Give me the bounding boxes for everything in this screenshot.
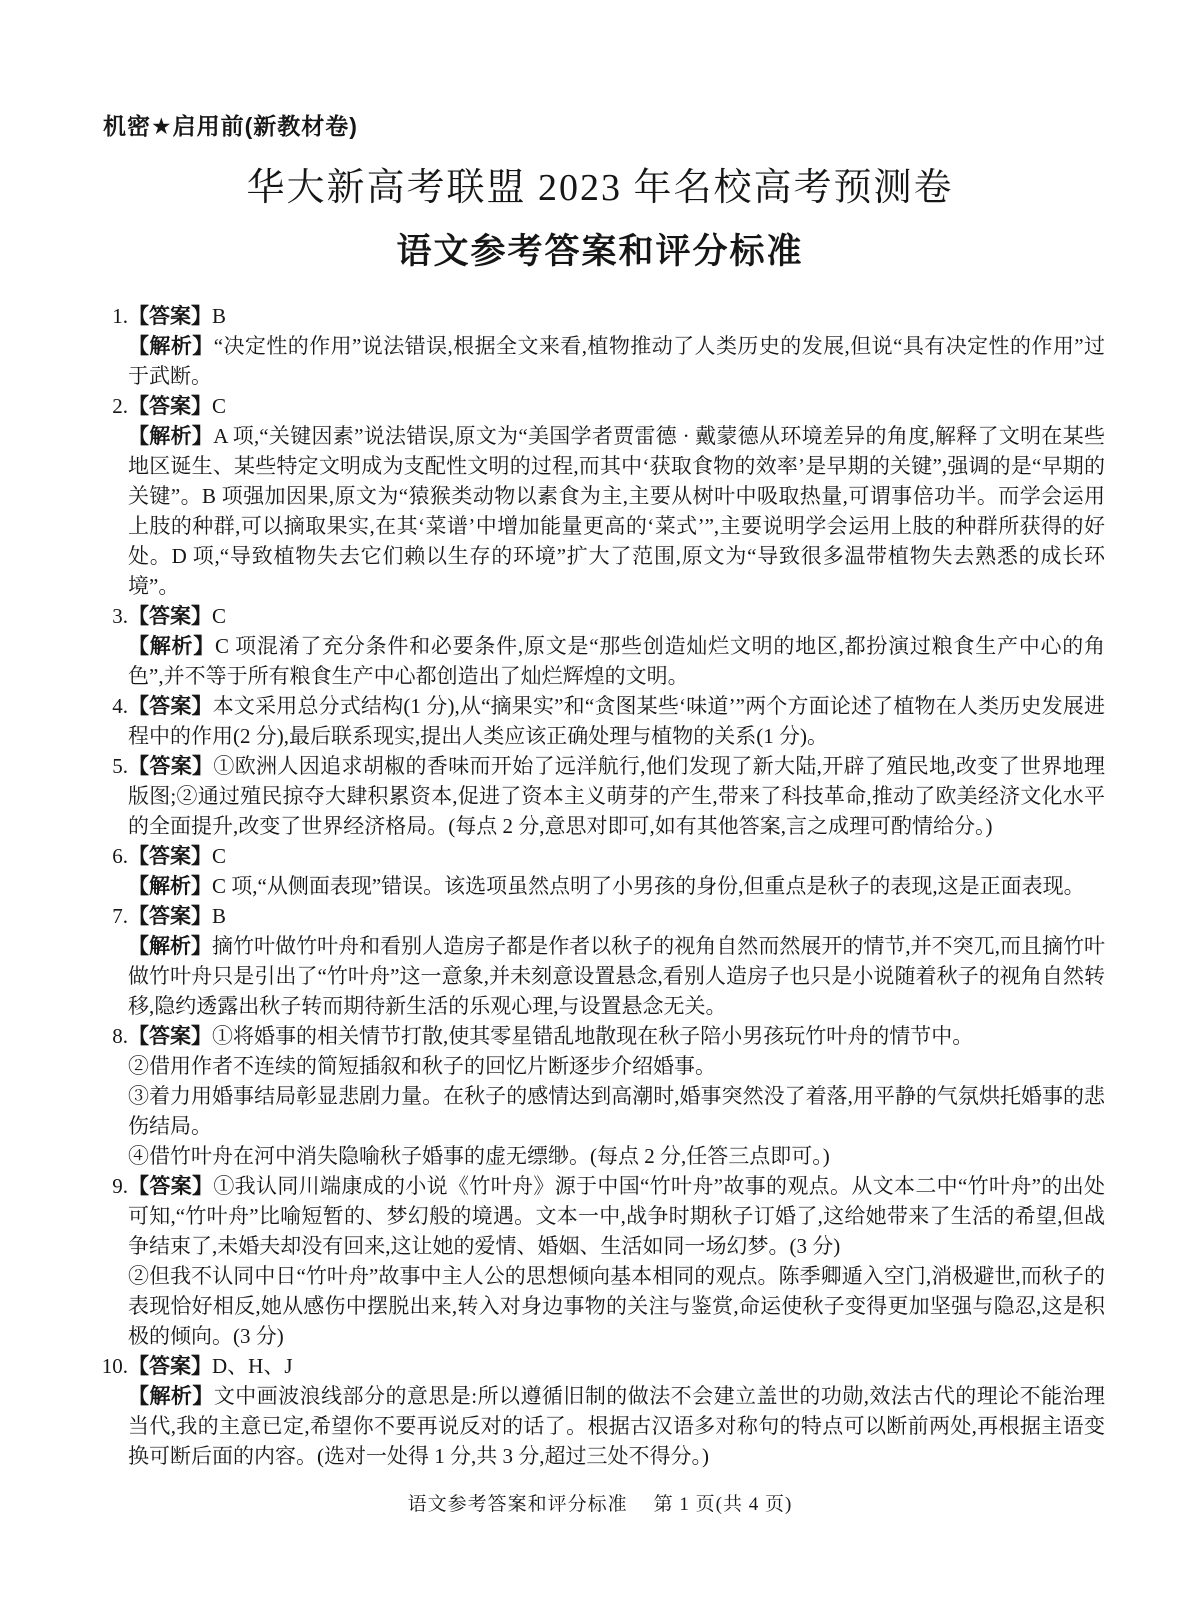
answer-paragraph: ②借用作者不连续的简短插叙和秋子的回忆片断逐步介绍婚事。	[128, 1051, 1105, 1081]
item-content: 【答案】B 【解析】“决定性的作用”说法错误,根据全文来看,植物推动了人类历史的…	[128, 301, 1105, 391]
answer-paragraph: ②但我不认同中日“竹叶舟”故事中主人公的思想倾向基本相同的观点。陈季卿遁入空门,…	[128, 1261, 1105, 1351]
answer-paragraph: 【答案】①我认同川端康成的小说《竹叶舟》源于中国“竹叶舟”故事的观点。从文本二中…	[128, 1171, 1105, 1261]
paragraph-text: 文中画波浪线部分的意思是:所以遵循旧制的做法不会建立盖世的功勋,效法古代的理论不…	[128, 1384, 1105, 1468]
item-number: 10.	[90, 1351, 128, 1381]
answer-item-7: 7. 【答案】B 【解析】摘竹叶做竹叶舟和看别人造房子都是作者以秋子的视角自然而…	[90, 901, 1105, 1021]
answer-paragraph: 【答案】C	[128, 841, 1105, 871]
paragraph-label: 【答案】	[128, 604, 212, 628]
answer-item-5: 5. 【答案】①欧洲人因追求胡椒的香味而开始了远洋航行,他们发现了新大陆,开辟了…	[90, 751, 1105, 841]
paragraph-label: 【答案】	[128, 904, 212, 928]
paragraph-label: 【解析】	[128, 634, 215, 658]
paragraph-text: C	[212, 604, 226, 628]
item-content: 【答案】①欧洲人因追求胡椒的香味而开始了远洋航行,他们发现了新大陆,开辟了殖民地…	[128, 751, 1105, 841]
item-content: 【答案】C 【解析】C 项,“从侧面表现”错误。该选项虽然点明了小男孩的身份,但…	[128, 841, 1105, 901]
answer-item-1: 1. 【答案】B 【解析】“决定性的作用”说法错误,根据全文来看,植物推动了人类…	[90, 301, 1105, 391]
answer-item-10: 10. 【答案】D、H、J 【解析】文中画波浪线部分的意思是:所以遵循旧制的做法…	[90, 1351, 1105, 1471]
answer-item-6: 6. 【答案】C 【解析】C 项,“从侧面表现”错误。该选项虽然点明了小男孩的身…	[90, 841, 1105, 901]
answer-paragraph: ③着力用婚事结局彰显悲剧力量。在秋子的感情达到高潮时,婚事突然没了着落,用平静的…	[128, 1081, 1105, 1141]
paragraph-text: A 项,“关键因素”说法错误,原文为“美国学者贾雷德 · 戴蒙德从环境差异的角度…	[128, 424, 1105, 598]
paragraph-text: “决定性的作用”说法错误,根据全文来看,植物推动了人类历史的发展,但说“具有决定…	[128, 334, 1105, 388]
item-content: 【答案】C 【解析】C 项混淆了充分条件和必要条件,原文是“那些创造灿烂文明的地…	[128, 601, 1105, 691]
page-footer: 语文参考答案和评分标准第 1 页(共 4 页)	[0, 1489, 1200, 1516]
answer-key-title: 语文参考答案和评分标准	[0, 224, 1200, 274]
item-number: 3.	[90, 601, 128, 631]
answer-paragraph: 【答案】C	[128, 391, 1105, 421]
paragraph-text: C 项,“从侧面表现”错误。该选项虽然点明了小男孩的身份,但重点是秋子的表现,这…	[212, 874, 1085, 898]
answer-paragraph: 【答案】①欧洲人因追求胡椒的香味而开始了远洋航行,他们发现了新大陆,开辟了殖民地…	[128, 751, 1105, 841]
paragraph-text: ①将婚事的相关情节打散,使其零星错乱地散现在秋子陪小男孩玩竹叶舟的情节中。	[212, 1024, 973, 1048]
paragraph-text: ③着力用婚事结局彰显悲剧力量。在秋子的感情达到高潮时,婚事突然没了着落,用平静的…	[128, 1084, 1105, 1138]
item-content: 【答案】本文采用总分式结构(1 分),从“摘果实”和“贪图某些‘味道’”两个方面…	[128, 691, 1105, 751]
footer-page-number: 第 1 页(共 4 页)	[654, 1494, 793, 1515]
paragraph-text: ①欧洲人因追求胡椒的香味而开始了远洋航行,他们发现了新大陆,开辟了殖民地,改变了…	[128, 754, 1105, 838]
answer-paragraph: 【答案】D、H、J	[128, 1351, 1105, 1381]
paragraph-text: ②但我不认同中日“竹叶舟”故事中主人公的思想倾向基本相同的观点。陈季卿遁入空门,…	[128, 1264, 1105, 1348]
item-content: 【答案】D、H、J 【解析】文中画波浪线部分的意思是:所以遵循旧制的做法不会建立…	[128, 1351, 1105, 1471]
paragraph-label: 【答案】	[128, 1024, 212, 1048]
paragraph-label: 【解析】	[128, 1384, 214, 1408]
paragraph-label: 【答案】	[128, 394, 212, 418]
footer-doc-title: 语文参考答案和评分标准	[408, 1494, 628, 1515]
answer-paragraph: 【答案】C	[128, 601, 1105, 631]
paragraph-text: D、H、J	[212, 1354, 293, 1378]
item-number: 6.	[90, 841, 128, 871]
paragraph-text: ②借用作者不连续的简短插叙和秋子的回忆片断逐步介绍婚事。	[128, 1054, 716, 1078]
paragraph-text: ④借竹叶舟在河中消失隐喻秋子婚事的虚无缥缈。(每点 2 分,任答三点即可。)	[128, 1144, 830, 1168]
answer-paragraph: 【答案】B	[128, 301, 1105, 331]
item-number: 5.	[90, 751, 128, 781]
paragraph-label: 【解析】	[128, 874, 212, 898]
paragraph-label: 【答案】	[128, 304, 212, 328]
item-content: 【答案】①将婚事的相关情节打散,使其零星错乱地散现在秋子陪小男孩玩竹叶舟的情节中…	[128, 1021, 1105, 1171]
paragraph-text: 摘竹叶做竹叶舟和看别人造房子都是作者以秋子的视角自然而然展开的情节,并不突兀,而…	[128, 934, 1105, 1018]
answer-paragraph: 【解析】C 项,“从侧面表现”错误。该选项虽然点明了小男孩的身份,但重点是秋子的…	[128, 871, 1105, 901]
paragraph-label: 【解析】	[128, 334, 214, 358]
item-number: 7.	[90, 901, 128, 931]
paragraph-label: 【答案】	[128, 694, 213, 718]
confidential-notice: 机密★启用前(新教材卷)	[103, 108, 358, 141]
item-number: 4.	[90, 691, 128, 721]
answer-key-page: 机密★启用前(新教材卷) 华大新高考联盟 2023 年名校高考预测卷 语文参考答…	[0, 0, 1200, 1600]
paragraph-text: C	[212, 844, 226, 868]
answer-paragraph: 【解析】C 项混淆了充分条件和必要条件,原文是“那些创造灿烂文明的地区,都扮演过…	[128, 631, 1105, 691]
paragraph-label: 【答案】	[128, 844, 212, 868]
answer-item-9: 9. 【答案】①我认同川端康成的小说《竹叶舟》源于中国“竹叶舟”故事的观点。从文…	[90, 1171, 1105, 1351]
item-number: 8.	[90, 1021, 128, 1051]
answer-item-4: 4. 【答案】本文采用总分式结构(1 分),从“摘果实”和“贪图某些‘味道’”两…	[90, 691, 1105, 751]
paragraph-text: B	[212, 304, 226, 328]
paragraph-text: 本文采用总分式结构(1 分),从“摘果实”和“贪图某些‘味道’”两个方面论述了植…	[128, 694, 1105, 748]
item-content: 【答案】①我认同川端康成的小说《竹叶舟》源于中国“竹叶舟”故事的观点。从文本二中…	[128, 1171, 1105, 1351]
answer-item-2: 2. 【答案】C 【解析】A 项,“关键因素”说法错误,原文为“美国学者贾雷德 …	[90, 391, 1105, 601]
paragraph-text: C 项混淆了充分条件和必要条件,原文是“那些创造灿烂文明的地区,都扮演过粮食生产…	[128, 634, 1105, 688]
item-content: 【答案】B 【解析】摘竹叶做竹叶舟和看别人造房子都是作者以秋子的视角自然而然展开…	[128, 901, 1105, 1021]
paragraph-text: ①我认同川端康成的小说《竹叶舟》源于中国“竹叶舟”故事的观点。从文本二中“竹叶舟…	[128, 1174, 1105, 1258]
paragraph-label: 【答案】	[128, 754, 213, 778]
paragraph-label: 【答案】	[128, 1354, 212, 1378]
answer-paragraph: 【答案】B	[128, 901, 1105, 931]
answers-list: 1. 【答案】B 【解析】“决定性的作用”说法错误,根据全文来看,植物推动了人类…	[90, 301, 1105, 1471]
answer-paragraph: 【解析】A 项,“关键因素”说法错误,原文为“美国学者贾雷德 · 戴蒙德从环境差…	[128, 421, 1105, 601]
paragraph-label: 【答案】	[128, 1174, 213, 1198]
paragraph-text: B	[212, 904, 226, 928]
paragraph-label: 【解析】	[128, 424, 213, 448]
answer-paragraph: 【答案】本文采用总分式结构(1 分),从“摘果实”和“贪图某些‘味道’”两个方面…	[128, 691, 1105, 751]
item-number: 9.	[90, 1171, 128, 1201]
exam-title: 华大新高考联盟 2023 年名校高考预测卷	[0, 156, 1200, 211]
answer-paragraph: 【解析】文中画波浪线部分的意思是:所以遵循旧制的做法不会建立盖世的功勋,效法古代…	[128, 1381, 1105, 1471]
item-number: 2.	[90, 391, 128, 421]
paragraph-label: 【解析】	[128, 934, 212, 958]
answer-paragraph: 【解析】摘竹叶做竹叶舟和看别人造房子都是作者以秋子的视角自然而然展开的情节,并不…	[128, 931, 1105, 1021]
item-number: 1.	[90, 301, 128, 331]
answer-paragraph: 【解析】“决定性的作用”说法错误,根据全文来看,植物推动了人类历史的发展,但说“…	[128, 331, 1105, 391]
paragraph-text: C	[212, 394, 226, 418]
answer-paragraph: 【答案】①将婚事的相关情节打散,使其零星错乱地散现在秋子陪小男孩玩竹叶舟的情节中…	[128, 1021, 1105, 1051]
answer-item-3: 3. 【答案】C 【解析】C 项混淆了充分条件和必要条件,原文是“那些创造灿烂文…	[90, 601, 1105, 691]
answer-item-8: 8. 【答案】①将婚事的相关情节打散,使其零星错乱地散现在秋子陪小男孩玩竹叶舟的…	[90, 1021, 1105, 1171]
answer-paragraph: ④借竹叶舟在河中消失隐喻秋子婚事的虚无缥缈。(每点 2 分,任答三点即可。)	[128, 1141, 1105, 1171]
item-content: 【答案】C 【解析】A 项,“关键因素”说法错误,原文为“美国学者贾雷德 · 戴…	[128, 391, 1105, 601]
